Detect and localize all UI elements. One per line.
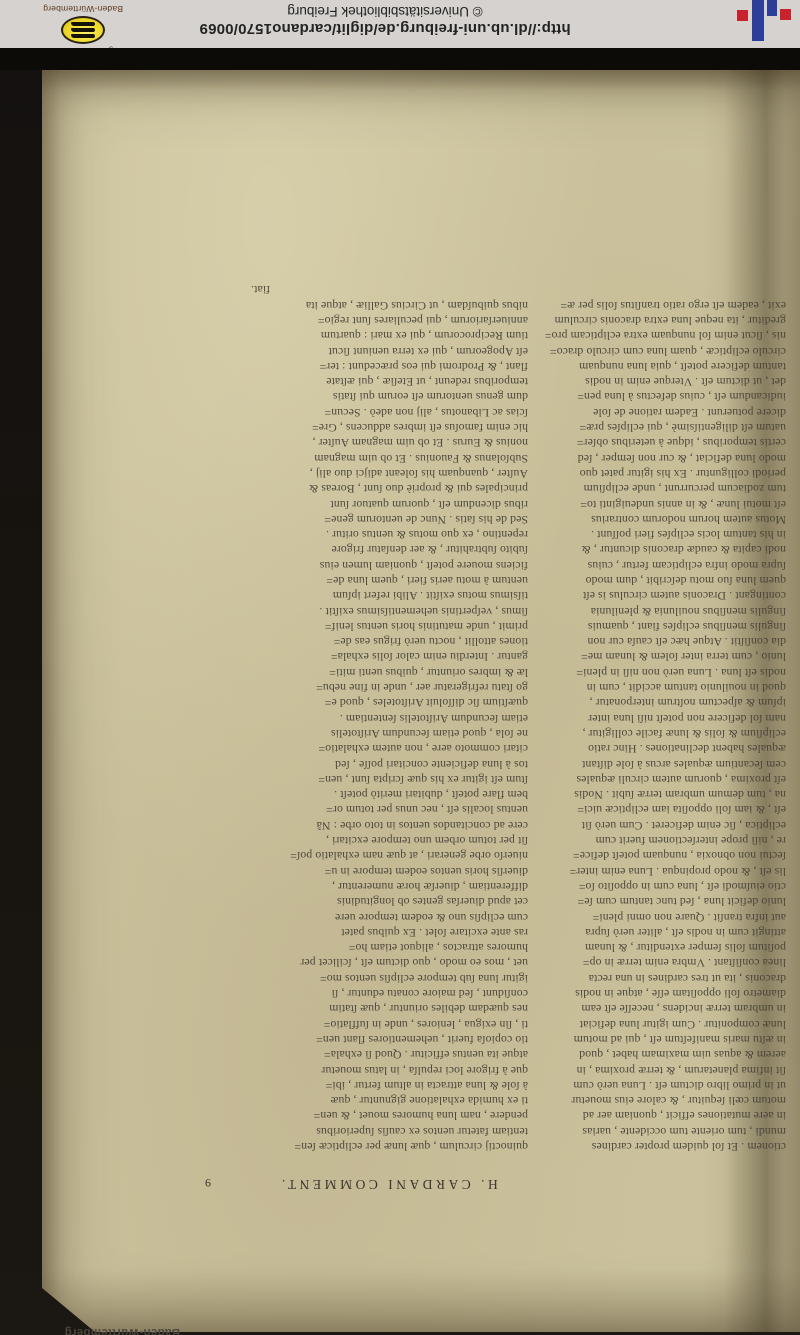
lion-glyph — [71, 28, 95, 32]
text-line: tos à luna deficiente concitari poſſe , … — [241, 756, 528, 771]
text-line: eſt proxima , quorum autem circuli æqual… — [534, 772, 786, 787]
text-line: in umbram terræ incidens , neceſſe eſt e… — [534, 1001, 786, 1016]
text-line: periodi colliguntur . Ex his igitur pate… — [534, 466, 786, 481]
text-line: eſt Apogeorum , qui ex terra ueniunt ſic… — [241, 343, 528, 358]
text-line: lunio deficit luna , ſed tunc tantum cum… — [534, 894, 786, 909]
text-line: humores attractos , aliquot etiam ho= — [241, 940, 528, 955]
text-line: eſt , & iam ſoli oppoſita iam eclipticæ … — [534, 802, 786, 817]
column-right-lines: quinoctij circulum , quæ lunæ per eclipt… — [241, 297, 528, 1154]
page-content: H. CARDANI COMMENT. 9 ctionem . Et ſol q… — [42, 70, 800, 1332]
text-line: ſtum eſt igitur ex his quæ ſcripta ſunt … — [241, 772, 528, 787]
text-line: ipſum & aſpectum noſtrum interponatur , — [534, 695, 786, 710]
text-line: tiones attollit , noctu uerò frigus eas … — [241, 634, 528, 649]
text-line: ut in primo libro dictum eſt . Luna uerò… — [534, 1078, 786, 1093]
text-line: cet apud diuerſas gentes ob longitudinis — [241, 894, 528, 909]
text-line: lunæ componitur . Cum igitur luna defici… — [534, 1016, 786, 1031]
text-line: uentum à motu aeris fieri , quem luna de… — [241, 573, 528, 588]
library-header-bar: http://dl.ub.uni-freiburg.de/diglit/card… — [0, 0, 800, 48]
text-line: ctionem . Et ſol quidem propter cardines — [534, 1139, 786, 1154]
text-line: linea conſiſtant . Vmbra enim terræ in o… — [534, 955, 786, 970]
text-line: ſupra modo infra eclipticam fertur , cui… — [534, 557, 786, 572]
text-line: na , tum demum umbram terræ ſubit . Nodi… — [534, 787, 786, 802]
scan-border-strip — [0, 48, 800, 70]
text-line: à ſole & luna attracta in altum fertur ,… — [241, 1078, 528, 1093]
text-line: uet , mos eo modo , quo dictum eſt , ſci… — [241, 955, 528, 970]
text-line: Subſolanus & Fauonius . Et ob uim magnam — [241, 450, 528, 465]
bottom-watermark-text: Baden-Württemberg — [10, 1320, 180, 1335]
text-line: aut infra tranſit . Quare non omni pleni… — [534, 909, 786, 924]
lion-glyph — [71, 22, 95, 26]
text-line: quæſtium ſic diſſoluit Ariſtoteles , quo… — [241, 695, 528, 710]
catchword: fiat. — [241, 282, 528, 297]
text-line: æquales habent declinationes . Hinc rati… — [534, 741, 786, 756]
text-line: tantum deficere poteſt , quia luna nunqu… — [534, 359, 786, 374]
text-line: cum eclipſis uno & eodem tempore uere — [241, 909, 528, 924]
text-line: differentiam , diuerſæ horæ numerentur , — [241, 879, 528, 894]
text-line: dicere potuerunt . Eadem ratione de ſole — [534, 404, 786, 419]
text-line: in æſtu maris manifeſtum eſt , qui ad mo… — [534, 1032, 786, 1047]
running-header: H. CARDANI COMMENT. 9 — [241, 1172, 786, 1192]
logo-red-square — [780, 9, 791, 20]
text-line: quinoctij circulum , quæ lunæ per eclipt… — [241, 1139, 528, 1154]
text-line: nodis eſt luna . Luna uerò non niſi in p… — [534, 665, 786, 680]
scan-viewer-frame: http://dl.ub.uni-freiburg.de/diglit/card… — [0, 0, 800, 1335]
text-line: que à frigore loci repulſa , in latus mo… — [241, 1062, 528, 1077]
text-line: nibus quibuſdam , ut Circius Galliæ , at… — [241, 297, 528, 312]
logo-blue-bar — [767, 0, 777, 16]
text-line: mundi , tum oriente tum occidente , uari… — [534, 1123, 786, 1138]
text-line: principales qui & propriè duo ſunt , Bor… — [241, 481, 528, 496]
text-line: dum genus uentorum eſt eorum qui ſtatis — [241, 389, 528, 404]
text-line: ecliptica , ſic enim deficeret . Cum uer… — [534, 817, 786, 832]
text-columns: ctionem . Et ſol quidem propter cardines… — [241, 282, 786, 1154]
text-line: greditur , ita neque luna extra draconis… — [534, 313, 786, 328]
text-line: eſt motui lunæ , & in annis undeuiginti … — [534, 496, 786, 511]
text-line: lis eſt , & nodo propinqua . Luna enim i… — [534, 863, 786, 878]
text-line: re , niſi prope interſectionem fuerit cu… — [534, 833, 786, 848]
text-line: repentino , ex quo motus & uentus oritur… — [241, 527, 528, 542]
text-line: tentiam fatetur uentos ex cauſis ſuperio… — [241, 1123, 528, 1138]
column-right: quinoctij circulum , quæ lunæ per eclipt… — [241, 282, 528, 1154]
text-line: niuerſo orbe generari , at quæ nam exhal… — [241, 848, 528, 863]
text-line: in his tantum locis eclipſes fieri poſſu… — [534, 527, 786, 542]
text-line: ficiens mouere poteſt , quoniam lumen ei… — [241, 557, 528, 572]
text-line: anniuerſariorum , qui peculiares ſunt re… — [241, 313, 528, 328]
text-line: diametro ſoli oppoſitam eſſe , atque in … — [534, 986, 786, 1001]
text-line: modo luna deficiat , & cur non ſemper , … — [534, 450, 786, 465]
logo-blue-bar — [752, 0, 764, 41]
text-line: primit , unde matutinis horis uentus len… — [241, 619, 528, 634]
document-url-text: http://dl.ub.uni-freiburg.de/diglit/card… — [90, 19, 680, 37]
text-line: temporibus redeunt , ut Eteſiæ , qui æſt… — [241, 374, 528, 389]
text-line: conſidunt , ſed maiore conatu eduntur , … — [241, 986, 528, 1001]
text-line: go ſtatu refrigeratur aer , unde in fine… — [241, 680, 528, 695]
text-line: circulo eclipticæ , quam luna cum circul… — [534, 343, 786, 358]
page-number: 9 — [205, 1175, 211, 1190]
text-line: ſingulis menſibus nouilunia & plenilunia — [534, 603, 786, 618]
text-line: gantur . Interdiu enim calor ſolis exhal… — [241, 649, 528, 664]
text-block: H. CARDANI COMMENT. 9 ctionem . Et ſol q… — [241, 282, 786, 1192]
text-line: poſitum ſolis ſemper extenditur , & luna… — [534, 940, 786, 955]
text-line: nonius & Eurus . Et ob uim magnam Auſter… — [241, 435, 528, 450]
text-line: eclipſium & ſolis & lunæ facile colligit… — [534, 726, 786, 741]
text-line: igitur luna ſub tempore eclipſis uentos … — [241, 970, 528, 985]
text-line: ſingulis menſibus eclipſes fiant , quamu… — [534, 619, 786, 634]
text-line: ſimus , veſpertinis uehementiſsimus exiſ… — [241, 603, 528, 618]
text-line: ſit per totum orbem uno tempore excitari… — [241, 833, 528, 848]
logo-red-square — [737, 10, 748, 21]
text-line: uentus localis eſt , nec unus per totum … — [241, 802, 528, 817]
text-line: iudicandum eſt , cuius defectus à luna p… — [534, 389, 786, 404]
text-line: exit , eadem eſt ergo ratio tranſitus ſo… — [534, 297, 786, 312]
text-line: ctio eiuſmodi eſt , luna cum in oppoſito… — [534, 879, 786, 894]
text-line: læ & imbres oriuntur , quibus uenti miti… — [241, 665, 528, 680]
text-line: uatum eſt diligentiſsimè , qui eclipſes … — [534, 420, 786, 435]
text-line: certis temporibus , idque à ueteribus ob… — [534, 435, 786, 450]
text-line: hic enim famoſus eſt imbres adducens , G… — [241, 420, 528, 435]
scanned-page: H. CARDANI COMMENT. 9 ctionem . Et ſol q… — [42, 70, 800, 1332]
lion-glyph — [71, 34, 95, 38]
text-line: bem flare poteſt , dubitari meritò poteſ… — [241, 787, 528, 802]
text-line: ſectui non obnoxia , nunquam poteſt defi… — [534, 848, 786, 863]
text-line: etiam ſecundum Ariſtotelis ſententiam . — [241, 710, 528, 725]
funder-caption-bottom: Baden-Württemberg — [28, 4, 138, 14]
text-line: det , ut dictum eſt . Vterque enim in no… — [534, 374, 786, 389]
text-line: pendere , nam luna humores mouet , & uen… — [241, 1108, 528, 1123]
text-line: lunio , cum terra inter ſolem & lunam me… — [534, 649, 786, 664]
text-line: ſit infima planetarum , & terræ proxima … — [534, 1062, 786, 1077]
text-line: contingant . Draconis autem circulus is … — [534, 588, 786, 603]
library-logo-icon — [734, 0, 800, 48]
coat-of-arms-icon — [61, 16, 105, 44]
text-line: nis , ſicut enim ſol nunquam extra eclip… — [534, 328, 786, 343]
text-line: dia conſiſtit . Atque hæc eſt cauſa cur … — [534, 634, 786, 649]
text-line: quod in nouilunio tantum accidit , cum i… — [534, 680, 786, 695]
text-line: tiſsimus motus exiſtit . Alibi refert ip… — [241, 588, 528, 603]
text-line: attingit cum in nodis eſt , aliter uerò … — [534, 925, 786, 940]
text-line: tio copioſa fuerit , uehementiores flant… — [241, 1032, 528, 1047]
text-line: nes quædam debiles oriuntur , quæ ſtatim — [241, 1001, 528, 1016]
text-line: atque ita uentus efficitur . Quod ſi exh… — [241, 1047, 528, 1062]
text-line: quem luna ſuo motu deſcribit , dum modo — [534, 573, 786, 588]
text-line: citari commoto aere , non autem exhalati… — [241, 741, 528, 756]
text-line: tum zodiacum percurrunt , unde eclipſium — [534, 481, 786, 496]
text-line: tium Reciprocorum , qui ex mari : quartu… — [241, 328, 528, 343]
header-text-block: http://dl.ub.uni-freiburg.de/diglit/card… — [90, 1, 680, 37]
text-line: flant , & Prodromi qui eos præcedunt : t… — [241, 359, 528, 374]
text-line: cem ſecantium æquales arcus à ſole diſta… — [534, 756, 786, 771]
text-line: ſubito ſubtrahitur , & aer denſatur frig… — [241, 542, 528, 557]
text-line: ribus dicendum eſt , quorum quatuor ſunt — [241, 496, 528, 511]
text-line: nodi capita & caudæ draconis dicuntur , … — [534, 542, 786, 557]
text-line: diuerſis horis uentos eodem tempore in u… — [241, 863, 528, 878]
text-line: aerem & aquas uim maximam habet , quod — [534, 1047, 786, 1062]
text-line: Sed de his ſatis . Nunc de uentorum gene… — [241, 512, 528, 527]
text-line: Motus autem horum nodorum contrarius — [534, 512, 786, 527]
text-line: motum cœli ſequitur , & calore eius moue… — [534, 1093, 786, 1108]
running-header-text: H. CARDANI COMMENT. — [279, 1176, 498, 1192]
copyright-text: © Universitätsbibliothek Freiburg — [90, 4, 680, 19]
funder-logo-block: gefördert durch Baden-Württemberg — [28, 0, 138, 48]
text-line: ti , ſin exigua , leniores , unde in ſuf… — [241, 1016, 528, 1031]
text-line: ti ex humida exhalatione gignuntur , quæ — [241, 1093, 528, 1108]
text-line: ſcias ac Libanotus , alij non adeò . Sec… — [241, 404, 528, 419]
text-line: cere ad concitandos uentos in toto orbe … — [241, 817, 528, 832]
text-line: Auſter , quanquam his ſoleant adijci duo… — [241, 466, 528, 481]
text-line: ne ſola , quod etiam ſecundum Ariſtoteli… — [241, 726, 528, 741]
text-line: ras ante excitare ſolet . Ex quibus pate… — [241, 925, 528, 940]
column-left: ctionem . Et ſol quidem propter cardines… — [534, 282, 786, 1154]
text-line: nam ſol deficere non poteſt niſi luna in… — [534, 710, 786, 725]
text-line: draconis , ita ut tres cardines in una r… — [534, 970, 786, 985]
text-line: in aere mutationes efficit , quoniam aer… — [534, 1108, 786, 1123]
